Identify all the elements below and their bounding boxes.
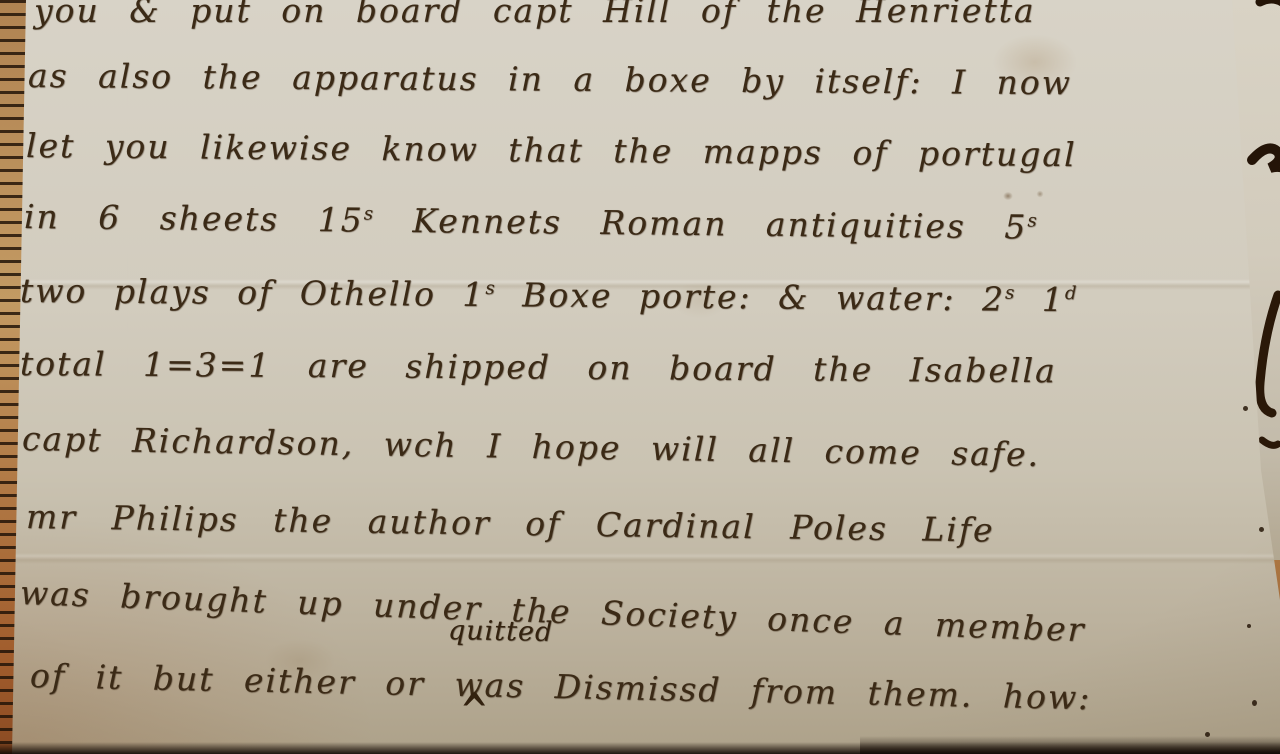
manuscript-line: capt Richardson, wch I hope will all com… (22, 419, 1041, 474)
manuscript-line: in 6 sheets 15s Kennets Roman antiquitie… (24, 197, 1038, 247)
superscript-shillings: s (485, 278, 495, 299)
ink-speck (1259, 527, 1264, 532)
superscript-shillings: s (1005, 283, 1015, 304)
manuscript-line: you & put on board capt Hill of the Henr… (34, 0, 1036, 30)
manuscript-line: two plays of Othello 1s Boxe porte: & wa… (20, 271, 1078, 319)
superscript-pence: d (1065, 283, 1078, 304)
letter-page: you & put on board capt Hill of the Henr… (0, 0, 1280, 754)
line-text: Boxe porte: & water: 2 (496, 275, 1006, 318)
line-text: Kennets Roman antiquities 5 (374, 201, 1028, 247)
manuscript-line: as also the apparatus in a boxe by itsel… (28, 56, 1072, 102)
interlinear-insertion: quitted (448, 615, 554, 648)
caret-mark: ^ (460, 684, 489, 740)
manuscript-line: of it but either or was Dismissd from th… (30, 656, 1092, 717)
manuscript-letter-photo: you & put on board capt Hill of the Henr… (0, 0, 1280, 754)
superscript-shillings: s (1027, 211, 1038, 232)
ink-speck (1247, 624, 1251, 628)
line-text: two plays of Othello 1 (20, 271, 486, 314)
line-text: in 6 sheets 15 (24, 197, 364, 240)
line-text: 1 (1015, 280, 1065, 319)
manuscript-line: let you likewise know that the mapps of … (26, 126, 1077, 174)
manuscript-line: total 1=3=1 are shipped on board the Isa… (20, 344, 1057, 390)
page-bottom-shadow (0, 742, 1280, 754)
manuscript-line: mr Philips the author of Cardinal Poles … (26, 497, 995, 550)
superscript-shillings: s (364, 204, 375, 225)
ink-speck (1243, 406, 1248, 411)
ink-speck (1252, 700, 1257, 706)
